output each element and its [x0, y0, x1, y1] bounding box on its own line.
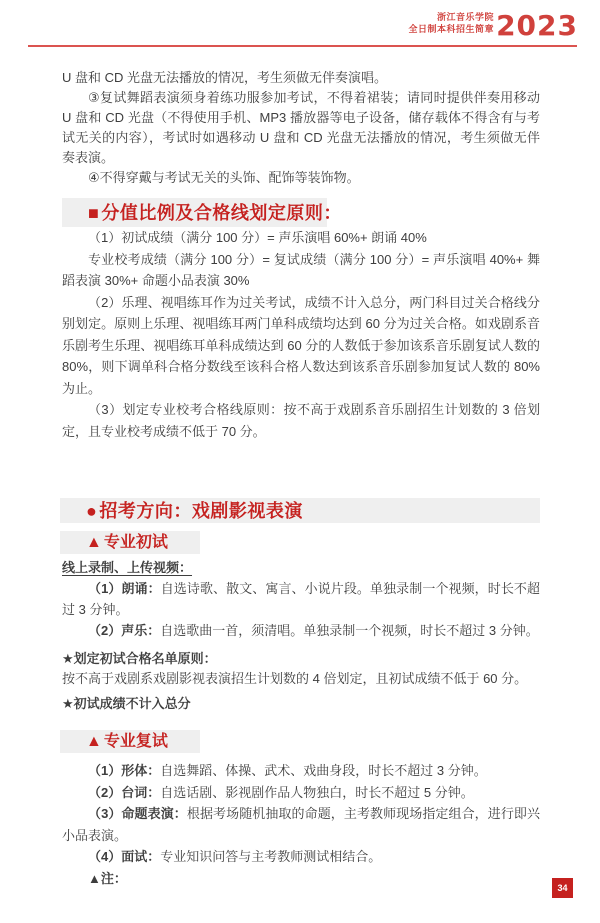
retest-item-4: （4）面试：专业知识问答与主考教师测试相结合。	[62, 846, 540, 868]
document-body: U 盘和 CD 光盘无法播放的情况，考生须做无伴奏演唱。 ③复试舞蹈表演须身着练…	[62, 60, 540, 889]
item-text: 自选话剧、影视剧作品人物独白，时长不超过 5 分钟。	[160, 785, 473, 800]
retest-item-2: （2）台词：自选话剧、影视剧作品人物独白，时长不超过 5 分钟。	[62, 782, 540, 804]
header-institution-line2: 全日制本科招生简章	[409, 24, 495, 36]
header-institution: 浙江音乐学院 全日制本科招生简章	[409, 12, 495, 39]
preliminary-star-note: ★初试成绩不计入总分	[62, 694, 540, 714]
paragraph-score-3: （2）乐理、视唱练耳作为过关考试，成绩不计入总分，两门科目过关合格线分别划定。原…	[62, 292, 540, 400]
item-label: （2）台词：	[88, 785, 160, 800]
section-banner-direction: ●招考方向：戏剧影视表演	[60, 498, 540, 523]
item-text: 专业知识问答与主考教师测试相结合。	[160, 849, 381, 864]
preliminary-item-2: （2）声乐：自选歌曲一首，须清唱。单独录制一个视频，时长不超过 3 分钟。	[62, 620, 540, 641]
banner-text: ●招考方向：戏剧影视表演	[60, 501, 303, 521]
triangle-marker-icon: ▲	[86, 733, 102, 750]
circle-marker-icon: ●	[86, 501, 97, 521]
retest-note: ▲注：	[62, 868, 540, 890]
item-label: （2）声乐：	[88, 623, 160, 638]
item-label: （4）面试：	[88, 849, 160, 864]
retest-item-1: （1）形体：自选舞蹈、体操、武术、戏曲身段，时长不超过 3 分钟。	[62, 760, 540, 782]
paragraph-note-4: ④不得穿戴与考试无关的头饰、配饰等装饰物。	[62, 168, 540, 188]
item-label: （1）朗诵：	[88, 581, 161, 596]
preliminary-star-rule-title: ★划定初试合格名单原则：	[62, 649, 540, 669]
banner-label: 招考方向：戏剧影视表演	[99, 501, 303, 521]
section-heading-text: ■分值比例及合格线划定原则：	[62, 203, 342, 223]
subsection-heading-label: 专业初试	[104, 534, 168, 551]
retest-item-3: （3）命题表演：根据考场随机抽取的命题，主考教师现场指定组合，进行即兴小品表演。	[62, 803, 540, 846]
subsection-heading-text: ▲专业复试	[60, 732, 168, 752]
retest-items: （1）形体：自选舞蹈、体操、武术、戏曲身段，时长不超过 3 分钟。 （2）台词：…	[62, 760, 540, 889]
document-page: 浙江音乐学院 全日制本科招生简章 2023 U 盘和 CD 光盘无法播放的情况，…	[0, 0, 600, 923]
item-label: （1）形体：	[88, 763, 160, 778]
item-label: （3）命题表演：	[88, 806, 187, 821]
paragraph-continuation: U 盘和 CD 光盘无法播放的情况，考生须做无伴奏演唱。	[62, 68, 540, 88]
header-rule	[28, 45, 577, 47]
triangle-marker-icon: ▲	[86, 534, 102, 551]
paragraph-score-4: （3）划定专业校考合格线原则：按不高于戏剧系音乐剧招生计划数的 3 倍划定，且专…	[62, 399, 540, 442]
paragraph-score-1: （1）初试成绩（满分 100 分）= 声乐演唱 60%+ 朗诵 40%	[62, 227, 540, 249]
header-year: 2023	[496, 13, 578, 39]
header-institution-line1: 浙江音乐学院	[409, 12, 495, 24]
square-marker-icon: ■	[88, 203, 99, 223]
page-header: 浙江音乐学院 全日制本科招生简章 2023	[409, 12, 578, 39]
preliminary-star-rule-text: 按不高于戏剧系戏剧影视表演招生计划数的 4 倍划定，且初试成绩不低于 60 分。	[62, 669, 540, 689]
subsection-heading-text: ▲专业初试	[60, 533, 168, 553]
paragraph-note-3: ③复试舞蹈表演须身着练功服参加考试，不得着裙装；请同时提供伴奏用移动 U 盘和 …	[62, 88, 540, 168]
paragraph-score-2: 专业校考成绩（满分 100 分）= 复试成绩（满分 100 分）= 声乐演唱 4…	[62, 249, 540, 292]
subsection-heading-retest: ▲专业复试	[60, 730, 200, 753]
preliminary-subtitle: 线上录制、上传视频：	[62, 558, 540, 578]
preliminary-item-1: （1）朗诵：自选诗歌、散文、寓言、小说片段。单独录制一个视频，时长不超过 3 分…	[62, 578, 540, 620]
page-number-badge: 34	[552, 878, 573, 898]
subsection-heading-preliminary: ▲专业初试	[60, 531, 200, 554]
item-text: 自选舞蹈、体操、武术、戏曲身段，时长不超过 3 分钟。	[160, 763, 486, 778]
item-text: 自选歌曲一首，须清唱。单独录制一个视频，时长不超过 3 分钟。	[160, 623, 538, 638]
subsection-heading-label: 专业复试	[104, 733, 168, 750]
section-heading-score-rules: ■分值比例及合格线划定原则：	[62, 198, 327, 227]
section-heading-label: 分值比例及合格线划定原则：	[101, 203, 342, 223]
